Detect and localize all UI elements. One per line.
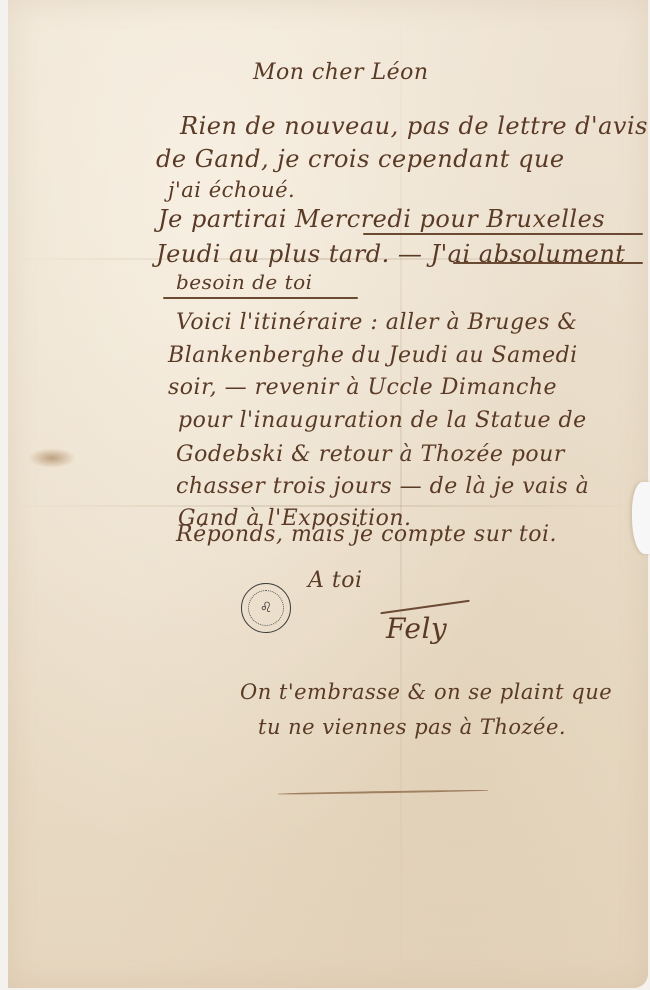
body-line: pour l'inauguration de la Statue de: [178, 408, 587, 433]
letter-page: Mon cher Léon Rien de nouveau, pas de le…: [8, 0, 648, 988]
body-line: Rien de nouveau, pas de lettre d'avis: [180, 112, 648, 140]
body-line: Je partirai Mercredi pour Bruxelles: [158, 205, 605, 233]
paper-tear: [632, 482, 650, 554]
signature: Fely: [386, 612, 447, 645]
postscript-line: On t'embrasse & on se plaint que: [240, 680, 612, 704]
body-line: Jeudi au plus tard. — J'ai absolument: [156, 240, 625, 268]
underline-absolument: [453, 262, 643, 264]
body-line: j'ai échoué.: [168, 178, 295, 202]
body-line: de Gand, je crois cependant que: [156, 145, 565, 173]
salutation: Mon cher Léon: [253, 60, 429, 85]
body-line: Godebski & retour à Thozée pour: [176, 442, 565, 467]
body-line: besoin de toi: [176, 270, 313, 294]
body-line: Voici l'itinéraire : aller à Bruges &: [176, 310, 577, 335]
pencil-stroke: [278, 789, 488, 794]
postscript-line: tu ne viennes pas à Thozée.: [258, 715, 566, 739]
lion-emblem-icon: ♌: [248, 590, 284, 626]
underline-mercredi: [363, 233, 643, 235]
body-line: chasser trois jours — de là je vais à: [176, 474, 589, 499]
underline-besoin: [163, 297, 358, 299]
body-line: soir, — revenir à Uccle Dimanche: [168, 375, 557, 400]
body-line: Réponds, mais je compte sur toi.: [176, 522, 557, 547]
library-stamp: ♌: [241, 583, 291, 633]
body-line: Blankenberghe du Jeudi au Samedi: [168, 343, 578, 368]
ink-stain: [28, 448, 76, 468]
closing: A toi: [308, 568, 363, 593]
